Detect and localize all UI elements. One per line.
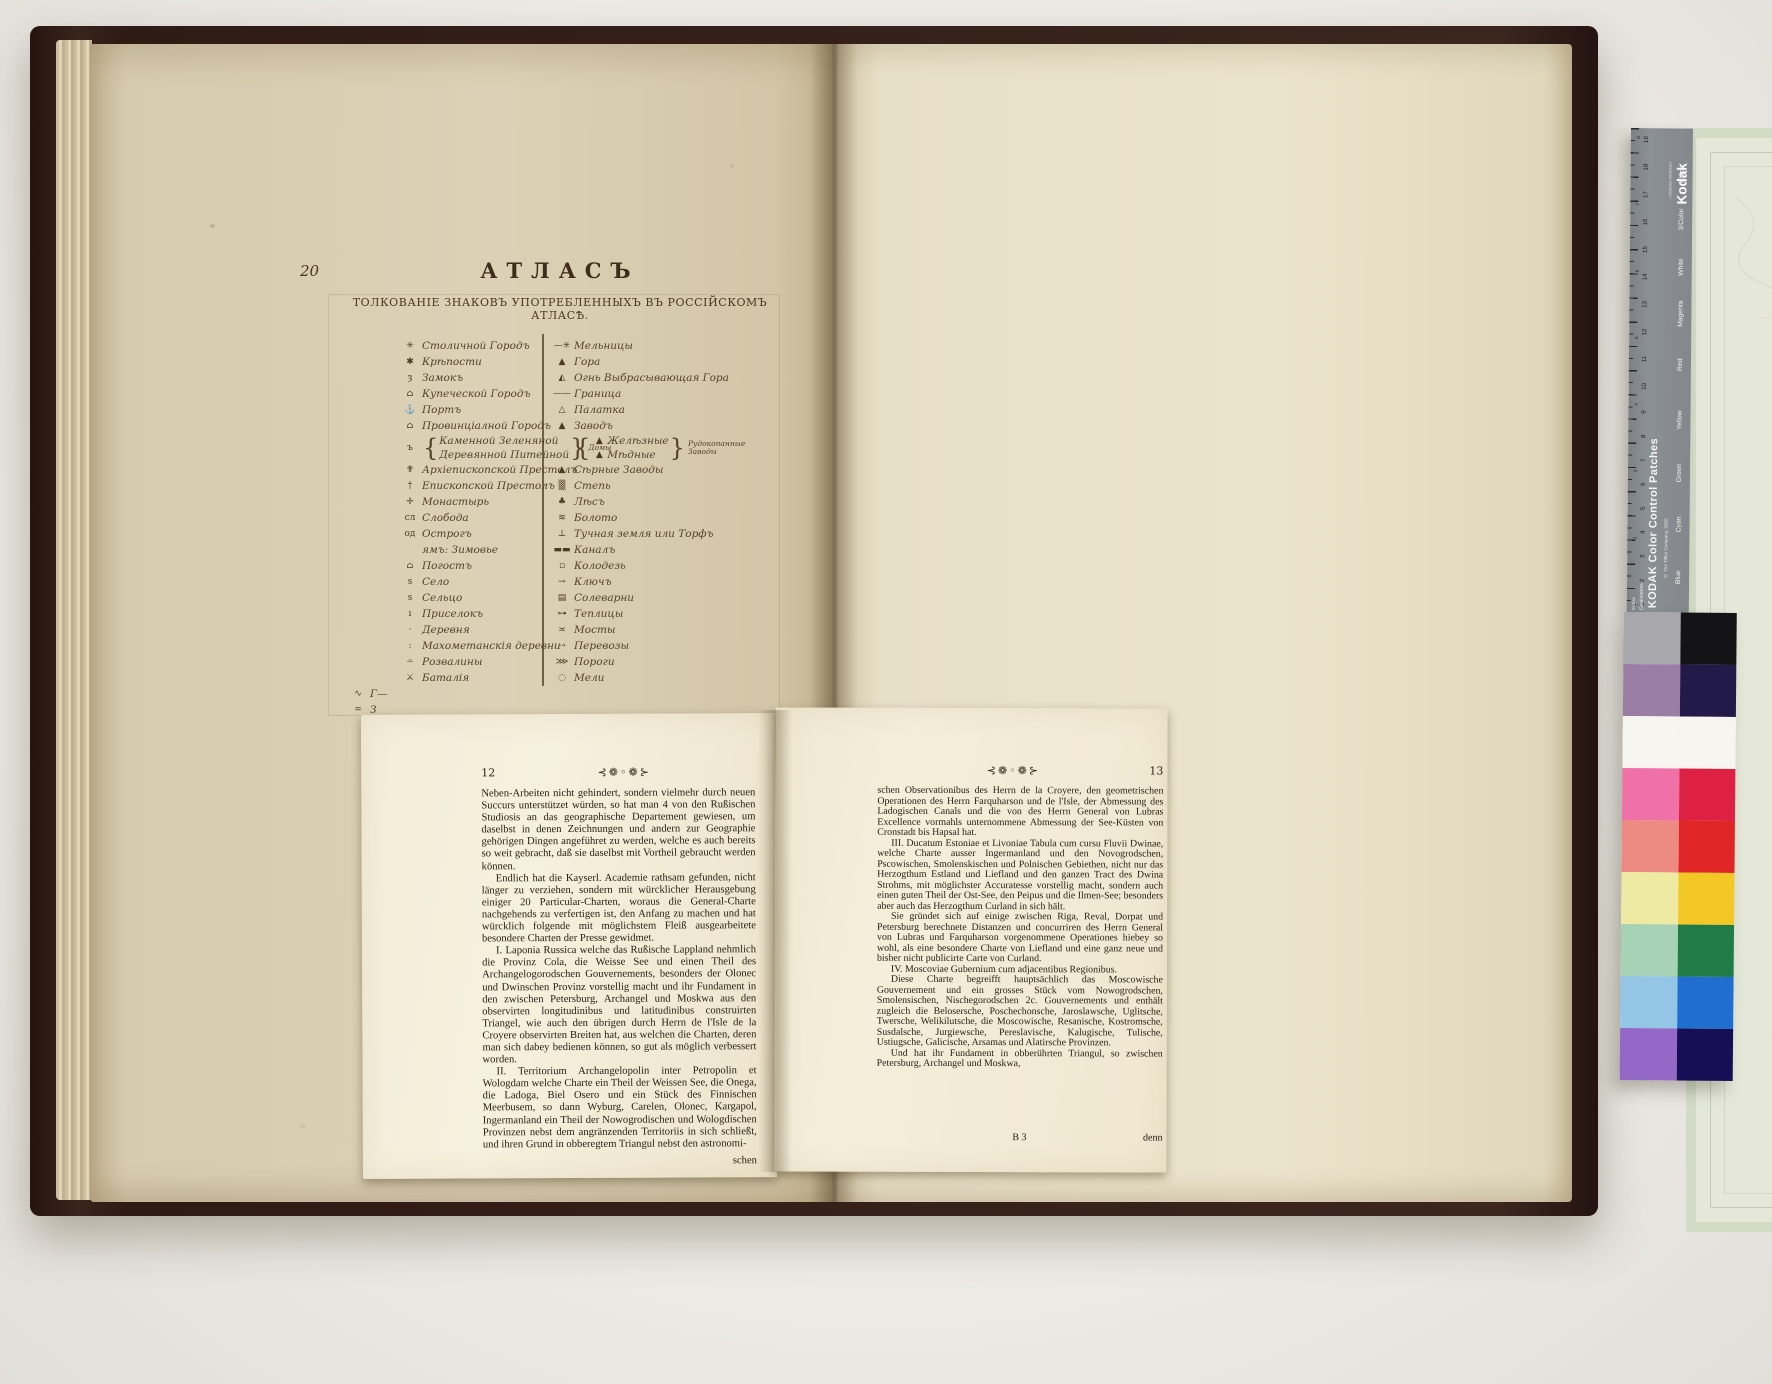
legend-item: ✛Монастырь [398,494,570,510]
legend-item: ≋Болото [550,510,778,526]
color-patch [1620,976,1677,1028]
map-symbol-icon: ѕ [398,577,422,587]
patch-color-name: Red [1677,358,1684,371]
legend-item: ✳Столичной Городъ [398,338,570,354]
legend-item-group: ъ{Каменной ЗеленянойДеревянной Питейной}… [398,434,570,462]
ruler-number: 6 [1635,270,1641,273]
legend-item: △Палатка [550,402,778,418]
color-patch-row [1622,716,1735,769]
headpiece-ornament: ⊰❁◦❁⊱ [877,764,1149,778]
map-symbol-icon: → [550,577,574,587]
booklet-page-13-header: 13 ⊰❁◦❁⊱ [877,764,1163,778]
legend-label: Лѣсъ [574,496,605,508]
booklet-text-13: schen Observationibus des Herrn de la Cr… [877,786,1164,1127]
legend-label: Мосты [574,624,615,636]
map-symbol-icon: ≍ [550,625,574,635]
color-patch [1623,612,1680,664]
legend-item: sСельцо [398,590,570,606]
legend-column-left: ✳Столичной Городъ✱КрѣпостиȝЗамокъ⌂Купече… [398,338,570,718]
ruler-number: 12 [1641,328,1649,335]
legend-item: ♣Лѣсъ [550,494,778,510]
legend-item: ✟Архіепископской Престолъ [398,462,570,478]
ruler-number: 2 [1632,537,1638,540]
map-symbol-icon: ⊥ [550,529,574,539]
legend-label: Сельцо [422,592,462,604]
legend-label: Степь [574,480,611,492]
paragraph: I. Laponia Russica welche das Rußische L… [482,944,757,1066]
headpiece-ornament: ⊰❁◦❁⊱ [495,765,753,779]
color-patch [1622,820,1679,872]
map-symbol-icon: ъ [398,443,422,453]
map-symbol-icon: ▲ [591,450,607,460]
ruler-number: 11 [1641,356,1649,363]
legend-item: ▲Гора [550,354,778,370]
legend-item: →Ключъ [550,574,778,590]
color-patch [1620,1028,1677,1080]
legend-label: Мельницы [574,340,633,352]
legend-item: ːМахометанскія деревни [398,638,570,654]
color-patch-row [1622,820,1735,873]
booklet-text-12: Neben-Arbeiten nicht gehindert, sondern … [481,787,757,1154]
legend-item: ıПриселокъ [398,606,570,622]
legend-label: Слобода [422,512,469,524]
booklet-page-number: 12 [481,766,495,779]
legend-item-group: {▲Желѣзные▲Мѣдные}Рудокопанные Заводы [550,434,778,462]
ruler-number: 5 [1634,336,1640,339]
color-patch [1623,664,1680,716]
legend-item: ⊶Теплицы [550,606,778,622]
ruler-number: 14 [1642,274,1650,281]
map-symbol-icon: ı [398,609,422,619]
booklet-gutter-shadow [758,710,792,1172]
color-patch-row [1621,872,1734,925]
map-symbol-icon: ː [398,641,422,651]
legend-item: ✱Крѣпости [398,354,570,370]
legend-item: одОстрогъ [398,526,570,542]
legend-label: Махометанскія деревни [422,640,561,652]
legend-label: Пороги [574,656,615,668]
centimetres-label: Centimetres [1639,556,1645,610]
map-symbol-icon: ▫ [550,561,574,571]
color-patch-row [1622,768,1735,821]
brace-left: { [423,436,438,460]
map-symbol-icon: ◌ [550,673,574,683]
color-patches [1620,612,1737,1081]
map-symbol-icon: ⚔ [398,673,422,683]
map-symbol-icon: ⌂ [398,421,422,431]
legend-label: Солеварни [574,592,634,604]
map-symbol-icon: ▬▬ [550,545,574,555]
map-symbol-icon: ≋ [550,513,574,523]
legend-item: ——Граница [550,386,778,402]
atlas-title: АТЛАСЪ [400,258,720,283]
legend-label: Портъ [422,404,461,416]
legend-label: Провинціалной Городъ [422,420,551,432]
ruler-number: 8 [1636,136,1642,139]
map-symbol-icon: ◭ [550,373,574,383]
gathering-signature: B 3 [876,1132,1102,1144]
map-symbol-icon: = [346,705,370,715]
map-symbol-icon: ȝ [398,373,422,383]
booklet-page-12-header: 12 ⊰❁◦❁⊱ [481,765,753,779]
patch-color-name: 3/Color [1678,208,1685,230]
legend-item: ⌂Погостъ [398,558,570,574]
legend-group-suffix: Рудокопанные Заводы [688,440,750,457]
map-symbol-icon: ∸ [398,657,422,667]
map-symbol-icon: —— [550,389,574,399]
paragraph: Und hat ihr Fundament in obberührten Tri… [877,1048,1163,1070]
legend-label: Колодезь [574,560,626,572]
kodak-title: KODAK Color Control Patches [1647,396,1661,608]
map-symbol-icon: † [398,481,422,491]
map-symbol-icon: ✳ [398,341,422,351]
legend-label: Замокъ [422,372,463,384]
patch-color-name: Black [1679,166,1686,183]
legend-label: Мѣдные [607,449,655,461]
legend-label: Тучная земля или Торфъ [574,528,714,540]
ruler-number: 6 [1640,483,1648,487]
paragraph: III. Ducatum Estoniae et Livoniae Tabula… [877,838,1163,912]
brace-left: { [575,436,590,460]
kodak-licensed-label: LICENSED PRODUCT [1668,138,1673,198]
atlas-subtitle: ТОЛКОВАНІЕ ЗНАКОВЪ УПОТРЕБЛЕННЫХЪ ВЪ РОС… [340,296,780,322]
legend-label: Каналъ [574,544,615,556]
legend-item: ▬▬Каналъ [550,542,778,558]
brace-right: } [670,436,685,460]
map-symbol-icon: ▲ [550,421,574,431]
color-patch-row [1620,1028,1733,1081]
legend-item: ⌂Купеческой Городъ [398,386,570,402]
ruler-number: 15 [1642,246,1650,253]
patch-color-name: Yellow [1676,410,1683,429]
ruler-number: 16 [1642,219,1650,226]
scan-photograph: { "atlas": { "page_number": "20", "title… [0,0,1772,1384]
map-symbol-icon: ⇢ [550,641,574,651]
color-patch-row [1620,976,1733,1029]
paragraph: II. Territorium Archangelopolin inter Pe… [483,1065,757,1151]
color-patch [1677,976,1733,1028]
patch-color-name: Magenta [1677,300,1684,327]
booklet-page-12: 12 ⊰❁◦❁⊱ Neben-Arbeiten nicht gehindert,… [361,713,777,1179]
legend-label: Погостъ [422,560,472,572]
legend-group-line: ▲Желѣзные [591,434,668,448]
map-symbol-icon: ✟ [398,465,422,475]
map-symbol-icon: —✳ [550,341,574,351]
map-symbol-icon: ▲ [550,465,574,475]
map-symbol-icon: од [398,529,422,539]
legend-label: Розвалины [422,656,482,668]
map-symbol-icon: ✱ [398,357,422,367]
legend-item: ⌂Провинціалной Городъ [398,418,570,434]
legend-label: Деревня [422,624,470,636]
map-symbol-icon: ∿ [346,689,370,699]
ruler-number: 19 [1643,136,1651,143]
paragraph: schen Observationibus des Herrn de la Cr… [877,786,1163,839]
legend-group-lines: ▲Желѣзные▲Мѣдные [591,434,668,462]
legend-label: Г— [370,688,387,700]
legend-item: ⚔Баталія [398,670,570,686]
map-symbol-icon: ▲ [591,436,607,446]
kodak-copyright: © The Tiffen Company, 2000 [1663,428,1669,578]
legend-label: Крѣпости [422,356,482,368]
legend-column-right: —✳Мельницы▲Гора◭Огнь Выбрасывающая Гора—… [550,338,778,686]
legend-item: ямъ: Зимовье [398,542,570,558]
patch-color-name: Blue [1675,570,1682,584]
legend-item: ⋙Пороги [550,654,778,670]
map-symbol-icon: ⊶ [550,609,574,619]
map-symbol-icon: s [398,593,422,603]
ruler-number: 13 [1641,301,1649,308]
legend-label: Теплицы [574,608,623,620]
legend-item: ⚓Портъ [398,402,570,418]
legend-item: слСлобода [398,510,570,526]
booklet-page-number: 13 [1149,764,1163,777]
legend-item: ȝЗамокъ [398,370,570,386]
signature-line: B 3 denn [876,1132,1162,1144]
ruler-number: 10 [1641,383,1649,390]
booklet-page-13: 13 ⊰❁◦❁⊱ schen Observationibus des Herrn… [774,707,1167,1172]
color-patch [1680,664,1736,716]
catchword: denn [1102,1132,1162,1143]
map-symbol-icon: ▤ [550,593,574,603]
color-patch [1679,820,1735,872]
legend-item: ѕСело [398,574,570,590]
color-patch [1621,872,1678,924]
patch-color-name: Green [1676,463,1683,482]
legend-label: Перевозы [574,640,629,652]
legend-label: Столичной Городъ [422,340,530,352]
legend-item: ≍Мосты [550,622,778,638]
legend-item: ·Деревня [398,622,570,638]
color-patch [1622,768,1679,820]
legend-label: Огнь Выбрасывающая Гора [574,372,729,384]
map-symbol-icon: ✛ [398,497,422,507]
color-patch [1678,872,1734,924]
legend-item: ◌Мели [550,670,778,686]
legend-item: ▲Заводъ [550,418,778,434]
paragraph: Sie gründet sich auf einige zwischen Rig… [877,912,1163,965]
color-patch-row [1623,664,1736,717]
paragraph: Neben-Arbeiten nicht gehindert, sondern … [481,787,755,873]
catchword: schen [483,1155,757,1167]
map-symbol-icon: ⋙ [550,657,574,667]
color-patch [1679,768,1735,820]
legend-group-line: ▲Мѣдные [591,448,668,462]
legend-item: ▤Солеварни [550,590,778,606]
color-patch-row [1621,924,1734,977]
legend-label: Каменной Зеленяной [439,435,558,447]
kodak-ruler: 12345678 12345678910111213141516171819 K… [1627,128,1693,613]
legend-item: ⇢Перевозы [550,638,778,654]
map-symbol-icon: ⌂ [398,561,422,571]
legend-label: Граница [574,388,621,400]
color-patch [1680,612,1736,664]
legend-label: Мели [574,672,604,684]
legend-item: ▒Степь [550,478,778,494]
legend-label: Гора [574,356,600,368]
ruler-number: 4 [1639,531,1647,535]
legend-label: Приселокъ [422,608,483,620]
legend-item: ∸Розвалины [398,654,570,670]
patch-color-name: Cyan [1675,516,1682,532]
legend-label: Епископской Престолъ [422,480,555,492]
legend-label: Палатка [574,404,625,416]
legend-item: —✳Мельницы [550,338,778,354]
inches-label: Inches [1631,574,1636,610]
legend-item: ◭Огнь Выбрасывающая Гора [550,370,778,386]
map-symbol-icon: сл [398,513,422,523]
legend-item: ∿Г— [346,686,570,702]
legend-item: ⊥Тучная земля или Торфъ [550,526,778,542]
color-patch [1679,716,1735,768]
ruler-number: 17 [1642,191,1650,198]
legend-label: Село [422,576,449,588]
color-patch [1621,924,1678,976]
map-symbol-icon: · [398,625,422,635]
color-patch [1678,924,1734,976]
legend-label: Купеческой Городъ [422,388,530,400]
legend-label: Баталія [422,672,469,684]
ruler-number: 8 [1640,434,1648,438]
ruler-number: 3 [1633,470,1639,473]
legend-item: †Епископской Престолъ [398,478,570,494]
map-symbol-icon: ▲ [550,357,574,367]
ruler-number: 7 [1635,203,1641,206]
legend-label: Острогъ [422,528,472,540]
ruler-number: 18 [1643,164,1651,171]
map-symbol-icon: △ [550,405,574,415]
legend-label: ямъ: Зимовье [422,544,498,556]
legend-label: Сѣрные Заводы [574,464,663,476]
legend-label: Желѣзные [607,435,668,447]
legend-item: ▫Колодезь [550,558,778,574]
ruler-number: 4 [1634,403,1640,406]
map-symbol-icon: ⚓ [398,405,422,415]
color-patch [1677,1028,1733,1080]
book: 20 АТЛАСЪ ТОЛКОВАНІЕ ЗНАКОВЪ УПОТРЕБЛЕНН… [30,26,1598,1216]
legend-label: Монастырь [422,496,489,508]
map-symbol-icon: ⌂ [398,389,422,399]
page-number: 20 [300,262,319,280]
color-patch [1622,716,1679,768]
legend-label: Ключъ [574,576,612,588]
map-symbol-icon: ♣ [550,497,574,507]
patch-color-name: White [1678,258,1685,275]
paragraph: Diese Charte begreifft hauptsächlich das… [877,975,1163,1049]
map-symbol-icon: ▒ [550,481,574,491]
ruler-number: 5 [1640,507,1648,511]
color-patch-row [1623,612,1736,665]
book-fore-edge-left [56,40,92,1200]
legend-label: Заводъ [574,420,613,432]
ruler-number: 9 [1641,410,1649,414]
legend-item: ▲Сѣрные Заводы [550,462,778,478]
ruler-number: 7 [1640,458,1648,462]
paragraph: Endlich hat die Kayserl. Academie rathsa… [482,872,756,946]
legend-label: Болото [574,512,617,524]
